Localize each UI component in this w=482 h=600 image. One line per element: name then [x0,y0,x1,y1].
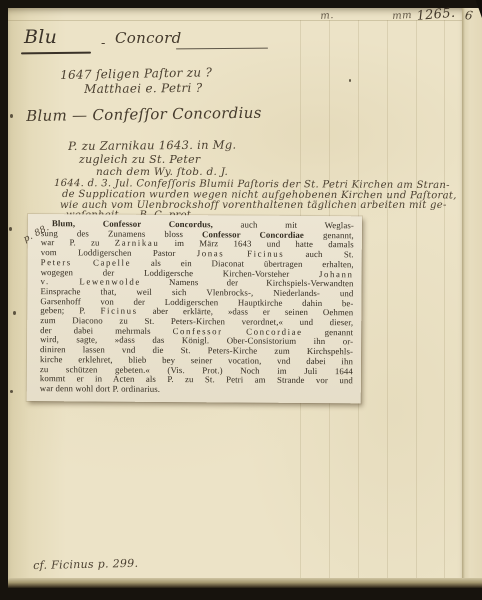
ink-speck [10,390,13,393]
ink-speck [349,79,351,82]
ink-speck [9,227,12,231]
heading-underline [21,52,91,55]
page-number: 1265. [416,6,456,24]
pasted-clipping: Blum, Confessor Concordus, auch mit Wegl… [27,214,362,403]
subject-line: Blum — Confeſſor Concordius [26,104,262,125]
footer-reference-note: cf. Ficinus p. 299. [33,557,138,572]
clipping-text: Blum, Confessor Concordus, auch mit Wegl… [40,219,354,396]
ruled-line-vertical [416,20,417,582]
ruled-line-vertical [444,20,445,582]
entry-line: nach dem Wy. ſtob. d. J. [96,166,228,178]
next-page-number: 6 [464,8,474,23]
note-1647-line: Matthaei e. Petri ? [84,81,203,96]
clipping-text-segment: war denn wohl dort P. ordinarius. [40,383,160,394]
heading-dash: - [101,36,106,51]
entry-line: P. zu Zarnikau 1643. in Mg. [68,138,236,153]
ink-speck [13,311,16,315]
note-1647-line: 1647 ſeligen Paſtor zu ? [60,65,212,82]
margin-mark: mm [392,10,412,22]
book-photo: m. mm 1265. Blu - Concord 1647 ſeligen P… [0,0,482,600]
margin-mark: m. [320,10,334,22]
ruled-line-vertical [387,20,388,582]
ink-speck [10,114,13,118]
entry-line: zugleich zu St. Peter [79,153,200,166]
page-bottom-edge [8,578,482,588]
heading-word-blu: Blu [24,26,57,48]
clipping-text-segment: Johann [319,269,354,279]
heading-word-concord: Concord [115,29,181,47]
ledger-page: m. mm 1265. Blu - Concord 1647 ſeligen P… [8,8,462,586]
clipping-text-segment: Ficinus [101,306,138,316]
heading-underline [176,48,268,50]
next-page-edge: 6 [462,8,482,586]
